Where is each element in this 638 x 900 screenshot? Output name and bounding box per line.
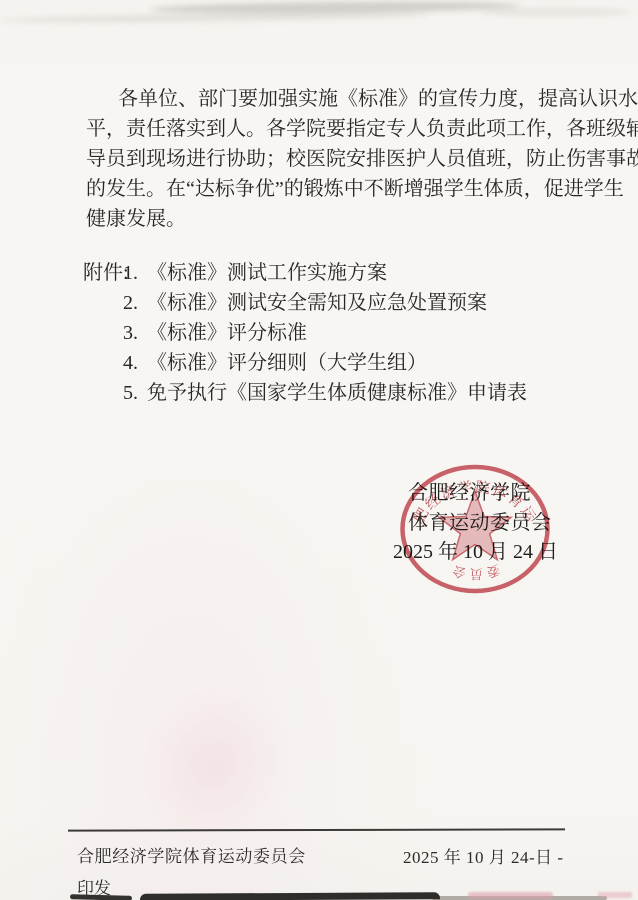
attachment-indent [83, 348, 123, 378]
footer-divider [68, 828, 565, 831]
paragraph-line: 各单位、部门要加强实施《标准》的宣传力度，提高认识水 [86, 84, 586, 114]
scan-edge-pink [468, 892, 553, 899]
attachment-title: 《标准》测试工作实施方案 [147, 258, 387, 288]
attachment-item: 3. 《标准》评分标准 [83, 318, 593, 348]
attachment-title: 《标准》测试安全需知及应急处置预案 [147, 288, 487, 318]
attachment-number: 5. [123, 378, 147, 408]
attachment-item: 附件: 1. 《标准》测试工作实施方案 [83, 258, 593, 288]
attachment-title: 《标准》评分细则（大学生组） [147, 348, 427, 378]
attachment-number: 3. [123, 318, 147, 348]
attachment-item: 4. 《标准》评分细则（大学生组） [83, 348, 593, 378]
document-page: 各单位、部门要加强实施《标准》的宣传力度，提高认识水 平，责任落实到人。各学院要… [0, 0, 638, 900]
attachment-label: 附件: [83, 258, 123, 288]
paragraph-line: 导员到现场进行协助；校医院安排医护人员值班，防止伤害事故 [86, 144, 586, 174]
scan-edge-dark [70, 894, 132, 900]
paragraph-line: 的发生。在“达标争优”的锻炼中不断增强学生体质，促进学生 [86, 174, 586, 204]
footer-issuer: 合肥经济学院体育运动委员会 [77, 842, 306, 867]
signature-org-line1: 合肥经济学院 [393, 479, 573, 509]
scan-smudge-top [480, 8, 630, 16]
attachment-indent [83, 288, 123, 318]
paragraph-line: 平，责任落实到人。各学院要指定专人负责此项工作，各班级辅 [86, 114, 586, 144]
scan-edge-pink [598, 892, 632, 898]
scan-edge-dark [140, 892, 440, 900]
attachment-item: 2. 《标准》测试安全需知及应急处置预案 [83, 288, 593, 318]
signature-block: 合肥经济学院 体育运动委员会 2025 年 10 月 24 日 [393, 479, 573, 568]
attachment-number: 2. [123, 288, 147, 318]
attachment-title: 《标准》评分标准 [147, 318, 307, 348]
paragraph-line: 健康发展。 [86, 204, 586, 234]
attachment-indent [83, 378, 123, 408]
attachment-title: 免予执行《国家学生体质健康标准》申请表 [147, 378, 527, 408]
signature-org-line2: 体育运动委员会 [393, 509, 573, 539]
body-paragraph: 各单位、部门要加强实施《标准》的宣传力度，提高认识水 平，责任落实到人。各学院要… [86, 84, 586, 234]
signature-date: 2025 年 10 月 24 日 [393, 538, 573, 568]
footer-date: 2025 年 10 月 24-日 - [403, 843, 564, 868]
attachment-indent [83, 318, 123, 348]
attachment-item: 5. 免予执行《国家学生体质健康标准》申请表 [83, 378, 593, 408]
attachment-number: 4. [123, 348, 147, 378]
attachments-block: 附件: 1. 《标准》测试工作实施方案 2. 《标准》测试安全需知及应急处置预案… [83, 258, 593, 408]
attachment-number: 1. [123, 258, 147, 288]
